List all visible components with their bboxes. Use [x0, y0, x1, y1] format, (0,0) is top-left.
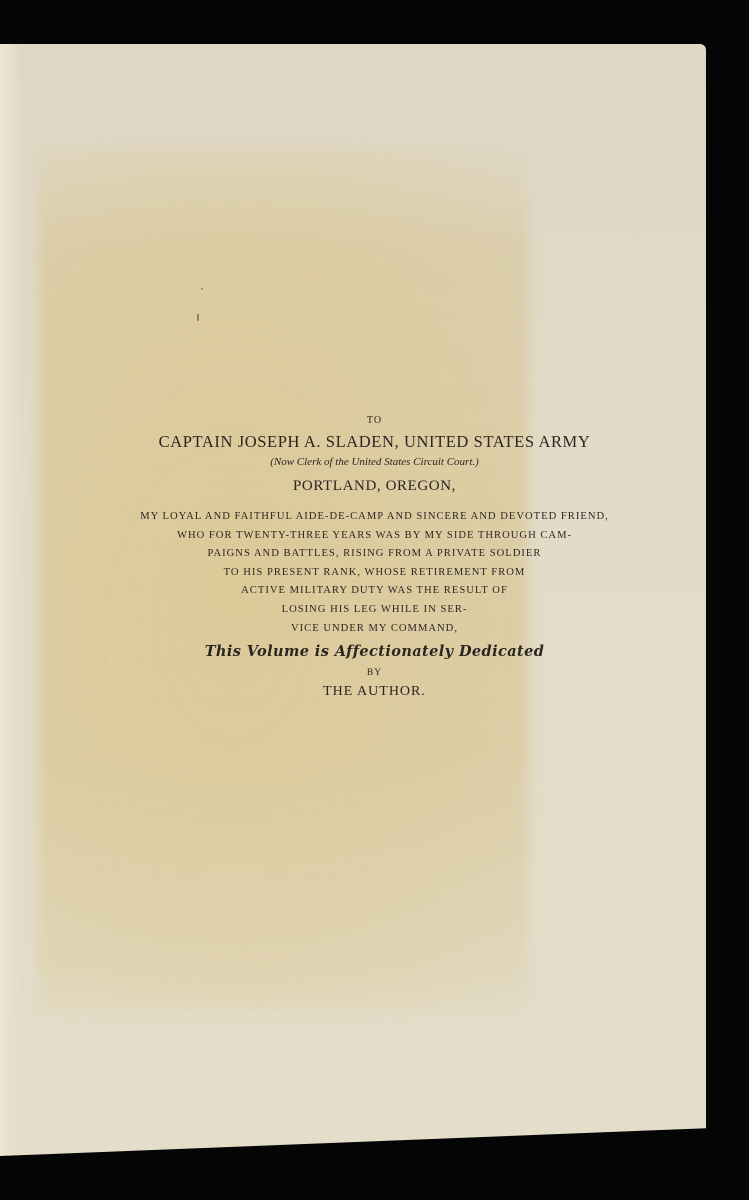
dedicatee-note: (Now Clerk of the United States Circuit … [0, 456, 749, 468]
author-signature: THE AUTHOR. [0, 684, 749, 700]
dedication-line: WHO FOR TWENTY-THREE YEARS WAS BY MY SID… [0, 527, 749, 546]
dedicatee-location: PORTLAND, OREGON, [0, 478, 749, 495]
dedication-line: MY LOYAL AND FAITHFUL AIDE-DE-CAMP AND S… [0, 508, 749, 527]
dedicatee-name: CAPTAIN JOSEPH A. SLADEN, UNITED STATES … [0, 432, 749, 452]
by-label: BY [0, 668, 749, 678]
dedication-line: TO HIS PRESENT RANK, WHOSE RETIREMENT FR… [0, 564, 749, 583]
paper-speck [201, 288, 203, 290]
heading-to: TO [0, 415, 749, 426]
dedication-line: VICE UNDER MY COMMAND, [0, 620, 749, 639]
dedication-line: ACTIVE MILITARY DUTY WAS THE RESULT OF [0, 582, 749, 601]
dedicated-line: This Volume is Affectionately Dedicated [0, 643, 749, 660]
dedication-body: MY LOYAL AND FAITHFUL AIDE-DE-CAMP AND S… [0, 508, 749, 638]
dedication-line: LOSING HIS LEG WHILE IN SER- [0, 601, 749, 620]
paper-speck [197, 314, 199, 321]
dedication-line: PAIGNS AND BATTLES, RISING FROM A PRIVAT… [0, 545, 749, 564]
